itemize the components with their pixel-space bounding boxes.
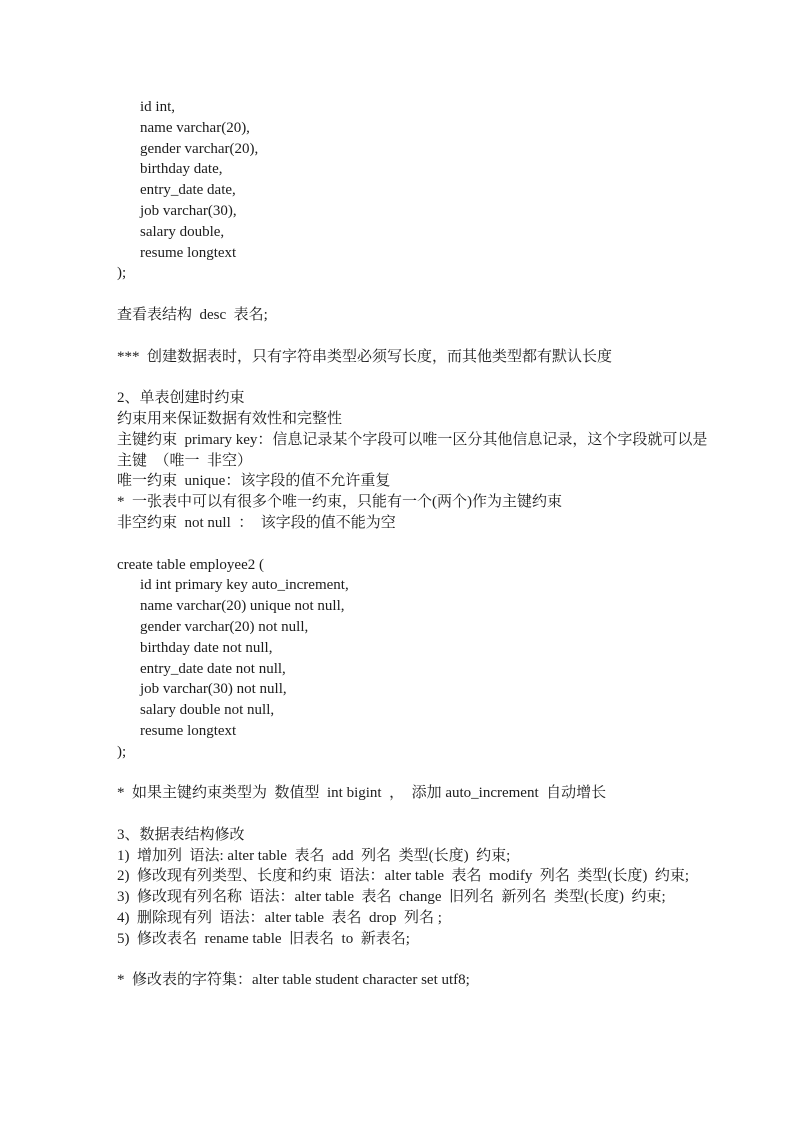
text-line: entry_date date not null, [117,659,707,680]
text-line: salary double, [117,222,707,243]
text-line: 2、单表创建时约束 [117,388,707,409]
text-line: entry_date date, [117,180,707,201]
text-line: name varchar(20) unique not null, [117,596,707,617]
text-line: birthday date not null, [117,638,707,659]
text-line: job varchar(30), [117,201,707,222]
text-line: id int, [117,97,707,118]
text-line: 唯一约束 unique：该字段的值不允许重复 [117,471,707,492]
text-line: 查看表结构 desc 表名; [117,305,707,326]
text-line: resume longtext [117,243,707,264]
text-line: birthday date, [117,159,707,180]
text-line: *** 创建数据表时，只有字符串类型必须写长度，而其他类型都有默认长度 [117,347,707,368]
text-line: gender varchar(20) not null, [117,617,707,638]
text-line: 5) 修改表名 rename table 旧表名 to 新表名; [117,929,707,950]
text-line: 主键约束 primary key：信息记录某个字段可以唯一区分其他信息记录，这个… [117,430,707,451]
text-line [117,804,707,825]
text-line [117,950,707,971]
text-line: * 修改表的字符集：alter table student character … [117,970,707,991]
text-line: ); [117,742,707,763]
text-line: job varchar(30) not null, [117,679,707,700]
text-line: * 如果主键约束类型为 数值型 int bigint ， 添加 auto_inc… [117,783,707,804]
text-line [117,284,707,305]
text-line [117,534,707,555]
document-body: id int,name varchar(20),gender varchar(2… [117,97,707,991]
text-line: salary double not null, [117,700,707,721]
text-line [117,326,707,347]
text-line: 非空约束 not null ： 该字段的值不能为空 [117,513,707,534]
text-line: 2) 修改现有列类型、长度和约束 语法：alter table 表名 modif… [117,866,707,887]
text-line: 1) 增加列 语法: alter table 表名 add 列名 类型(长度) … [117,846,707,867]
text-line [117,367,707,388]
text-line: 约束用来保证数据有效性和完整性 [117,409,707,430]
text-line: 3、数据表结构修改 [117,825,707,846]
text-line: gender varchar(20), [117,139,707,160]
text-line: 主键 （唯一 非空） [117,451,707,472]
text-line: resume longtext [117,721,707,742]
text-line: * 一张表中可以有很多个唯一约束，只能有一个(两个)作为主键约束 [117,492,707,513]
text-line: name varchar(20), [117,118,707,139]
document-page: id int,name varchar(20),gender varchar(2… [0,0,793,1122]
text-line: 3) 修改现有列名称 语法：alter table 表名 change 旧列名 … [117,887,707,908]
text-line [117,763,707,784]
text-line: id int primary key auto_increment, [117,575,707,596]
text-line: 4) 删除现有列 语法：alter table 表名 drop 列名 ; [117,908,707,929]
text-line: create table employee2 ( [117,555,707,576]
text-line: ); [117,263,707,284]
